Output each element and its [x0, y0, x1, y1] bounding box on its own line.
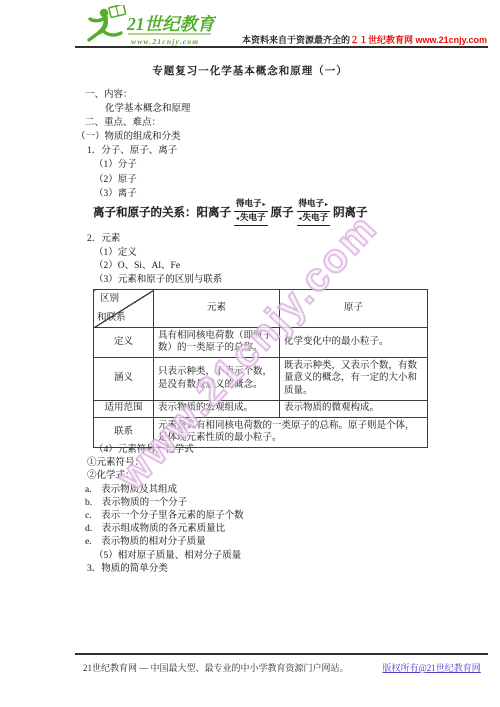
table-row: 适用范围表示物质的宏观组成。表示物质的微观构成。	[94, 401, 428, 418]
outline-line: 1．分子、原子、离子	[0, 144, 500, 158]
outline-line: 一、内容：	[0, 88, 500, 102]
header-divider	[75, 46, 488, 48]
outline-line: ②化学式：	[0, 470, 500, 483]
gain-electron-label: 得电子	[297, 199, 331, 213]
col-header-element: 元素	[154, 290, 280, 328]
ion-atom-formula: 离子和原子的关系： 阳离子 得电子 失电子 原子 得电子 失电子 阴离子	[93, 197, 368, 227]
formula-prefix: 离子和原子的关系：	[93, 204, 197, 220]
outline-line: b. 表示物质的一个分子	[0, 497, 500, 510]
table-header-row: 区别 和联系 元素 原子	[94, 290, 428, 328]
corner-cell: 区别 和联系	[94, 290, 154, 328]
table-cell: 具有相同核电荷数（即质子数）的一类原子的总称。	[154, 328, 280, 358]
lose-electron-label: 失电子	[234, 212, 268, 226]
outline-line: （2）原子	[0, 173, 500, 187]
table-cell: 元素是具有相同核电荷数的一类原子的总称。原子则是个体，是体现元素性质的最小粒子。	[154, 418, 428, 448]
footer-divider	[75, 653, 488, 655]
outline-line: （5）相对原子质量、相对分子质量	[0, 550, 500, 563]
reversible-arrows-1: 得电子 失电子	[234, 199, 268, 226]
outline-top: 一、内容：化学基本概念和原理二、重点、难点：（一）物质的组成和分类1．分子、原子…	[0, 88, 500, 201]
table-cell: 只表示种类，不表示个数，是没有数量意义的概念。	[154, 358, 280, 401]
table-row: 联系元素是具有相同核电荷数的一类原子的总称。原子则是个体，是体现元素性质的最小粒…	[94, 418, 428, 448]
table-row: 涵义只表示种类，不表示个数，是没有数量意义的概念。既表示种类，又表示个数，有数量…	[94, 358, 428, 401]
outline-line: d. 表示组成物质的各元素质量比	[0, 523, 500, 536]
outline-line: （3）元素和原子的区别与联系	[0, 274, 500, 288]
outline-line: （1）定义	[0, 247, 500, 261]
page: 21世纪教育 www.21cnjy.com 本资料来自于资源最齐全的２１世纪教育…	[0, 0, 500, 707]
formula-left-species: 阳离子	[197, 204, 232, 220]
reversible-arrows-2: 得电子 失电子	[297, 199, 331, 226]
footer-text: 21世纪教育网 — 中国最大型、最专业的中小学教育资源门户网站。	[83, 661, 349, 674]
outline-line: 2．元素	[0, 233, 500, 247]
lose-electron-label: 失电子	[297, 212, 331, 226]
outline-mid: 2．元素（1）定义（2）O、Si、Al、Fe（3）元素和原子的区别与联系	[0, 233, 500, 287]
outline-line: （1）分子	[0, 158, 500, 172]
row-label: 联系	[94, 418, 154, 448]
outline-line: 3．物质的简单分类	[0, 563, 500, 576]
outline-bottom: （4）元素符号、化学式①元素符号：②化学式：a. 表示物质及其组成b. 表示物质…	[0, 444, 500, 576]
table-row: 定义具有相同核电荷数（即质子数）的一类原子的总称。化学变化中的最小粒子。	[94, 328, 428, 358]
outline-line: （一）物质的组成和分类	[0, 130, 500, 144]
col-header-atom: 原子	[280, 290, 428, 328]
copyright-link[interactable]: 版权所有@21世纪教育网	[383, 661, 481, 674]
table-cell: 化学变化中的最小粒子。	[280, 328, 428, 358]
outline-line: c. 表示一个分子里各元素的原子个数	[0, 510, 500, 523]
brand-url: www.21cnjy.com	[131, 37, 199, 46]
table-cell: 表示物质的微观构成。	[280, 401, 428, 418]
header-tagline: 本资料来自于资源最齐全的２１世纪教育网 www.21cnjy.com	[242, 33, 487, 46]
page-title: 专题复习一化学基本概念和原理（一）	[0, 63, 500, 78]
comparison-table: 区别 和联系 元素 原子 定义具有相同核电荷数（即质子数）的一类原子的总称。化学…	[93, 289, 428, 448]
corner-label-bottom: 和联系	[97, 312, 126, 325]
21cnjy-logo-icon: 21世纪教育 www.21cnjy.com	[84, 5, 216, 47]
tagline-highlight: ２１世纪教育网 www.21cnjy.com	[350, 35, 487, 45]
brand-name: 21世纪教育	[126, 14, 216, 34]
table-cell: 既表示种类，又表示个数，有数量意义的概念，有一定的大小和质量。	[280, 358, 428, 401]
gain-electron-label: 得电子	[234, 199, 268, 213]
row-label: 定义	[94, 328, 154, 358]
outline-line: 二、重点、难点：	[0, 116, 500, 130]
outline-line: e. 表示物质的相对分子质量	[0, 536, 500, 549]
outline-line: ①元素符号：	[0, 457, 500, 470]
row-label: 适用范围	[94, 401, 154, 418]
corner-label-top: 区别	[100, 293, 119, 306]
formula-middle-species: 原子	[271, 204, 294, 220]
outline-line: 化学基本概念和原理	[0, 102, 500, 116]
formula-right-species: 阴离子	[333, 204, 368, 220]
outline-line: a. 表示物质及其组成	[0, 484, 500, 497]
outline-line: （4）元素符号、化学式	[0, 444, 500, 457]
row-label: 涵义	[94, 358, 154, 401]
outline-line: （2）O、Si、Al、Fe	[0, 260, 500, 274]
footer: 21世纪教育网 — 中国最大型、最专业的中小学教育资源门户网站。 版权所有@21…	[83, 661, 488, 674]
table-cell: 表示物质的宏观组成。	[154, 401, 280, 418]
tagline-prefix: 本资料来自于资源最齐全的	[242, 35, 350, 45]
